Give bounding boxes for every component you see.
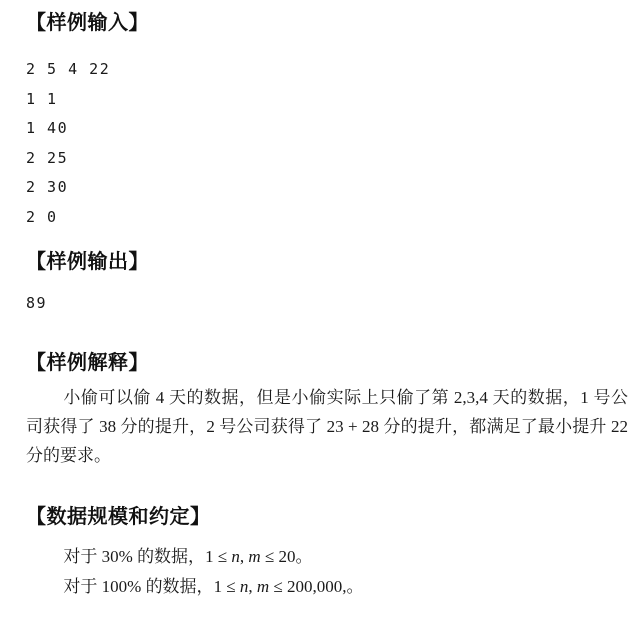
text-run: 的数据， [133, 547, 205, 566]
text-run: 1 [580, 388, 589, 407]
text-run: 38 [99, 417, 116, 436]
constraint-line-30-percent: 对于 30% 的数据，1 ≤ n, m ≤ 20。 [26, 542, 628, 572]
sample-input-block: 2 5 4 22 1 1 1 40 2 25 2 30 2 0 [26, 55, 628, 232]
text-run: , [248, 577, 257, 596]
text-run: 分的要求。 [26, 446, 111, 465]
text-run: 对于 [63, 547, 101, 566]
text-run: m [257, 577, 269, 596]
text-run: 对于 [63, 577, 101, 596]
text-run: n [231, 547, 240, 566]
text-run: 。 [347, 577, 364, 596]
text-run: 分的提升， [116, 417, 206, 436]
text-run: 2 [206, 417, 215, 436]
section-heading-sample-output: 【样例输出】 [26, 251, 628, 273]
text-run: 天的数据， [488, 388, 580, 407]
text-run: 2,3,4 [454, 388, 488, 407]
sample-input-line-1: 2 5 4 22 [26, 55, 628, 85]
sample-output-block: 89 [26, 289, 628, 319]
section-heading-sample-input: 【样例输入】 [26, 12, 628, 34]
text-run: 30% [102, 547, 133, 566]
text-run: 4 [156, 388, 165, 407]
text-run: 的数据， [141, 577, 213, 596]
text-run: 天的数据，但是小偷实际上只偷了第 [164, 388, 454, 407]
text-run: 1 ≤ [205, 547, 231, 566]
text-run: 号公司获得了 [215, 417, 327, 436]
text-run: 小偷可以偷 [63, 388, 155, 407]
sample-input-line-4: 2 25 [26, 144, 628, 174]
text-run: 100% [102, 577, 142, 596]
sample-explanation-paragraph: 小偷可以偷 4 天的数据，但是小偷实际上只偷了第 2,3,4 天的数据，1 号公… [26, 383, 628, 470]
text-run: 1 ≤ [214, 577, 240, 596]
sample-output-line-1: 89 [26, 289, 628, 319]
problem-statement-page: 【样例输入】 2 5 4 22 1 1 1 40 2 25 2 30 2 0 【… [0, 0, 642, 620]
text-run: ≤ 20 [261, 547, 296, 566]
text-run: 分的提升，都满足了最小提升 [379, 417, 611, 436]
text-run: 22 [611, 417, 628, 436]
text-run: 。 [296, 547, 313, 566]
sample-input-line-3: 1 40 [26, 114, 628, 144]
section-heading-sample-explanation: 【样例解释】 [26, 352, 628, 374]
sample-input-line-6: 2 0 [26, 203, 628, 233]
text-run: ≤ 200,000, [269, 577, 346, 596]
sample-input-line-2: 1 1 [26, 85, 628, 115]
sample-input-line-5: 2 30 [26, 173, 628, 203]
constraint-line-100-percent: 对于 100% 的数据，1 ≤ n, m ≤ 200,000,。 [26, 572, 628, 602]
text-run: 23 + 28 [327, 417, 379, 436]
text-run: m [248, 547, 260, 566]
section-heading-data-constraints: 【数据规模和约定】 [26, 506, 628, 528]
